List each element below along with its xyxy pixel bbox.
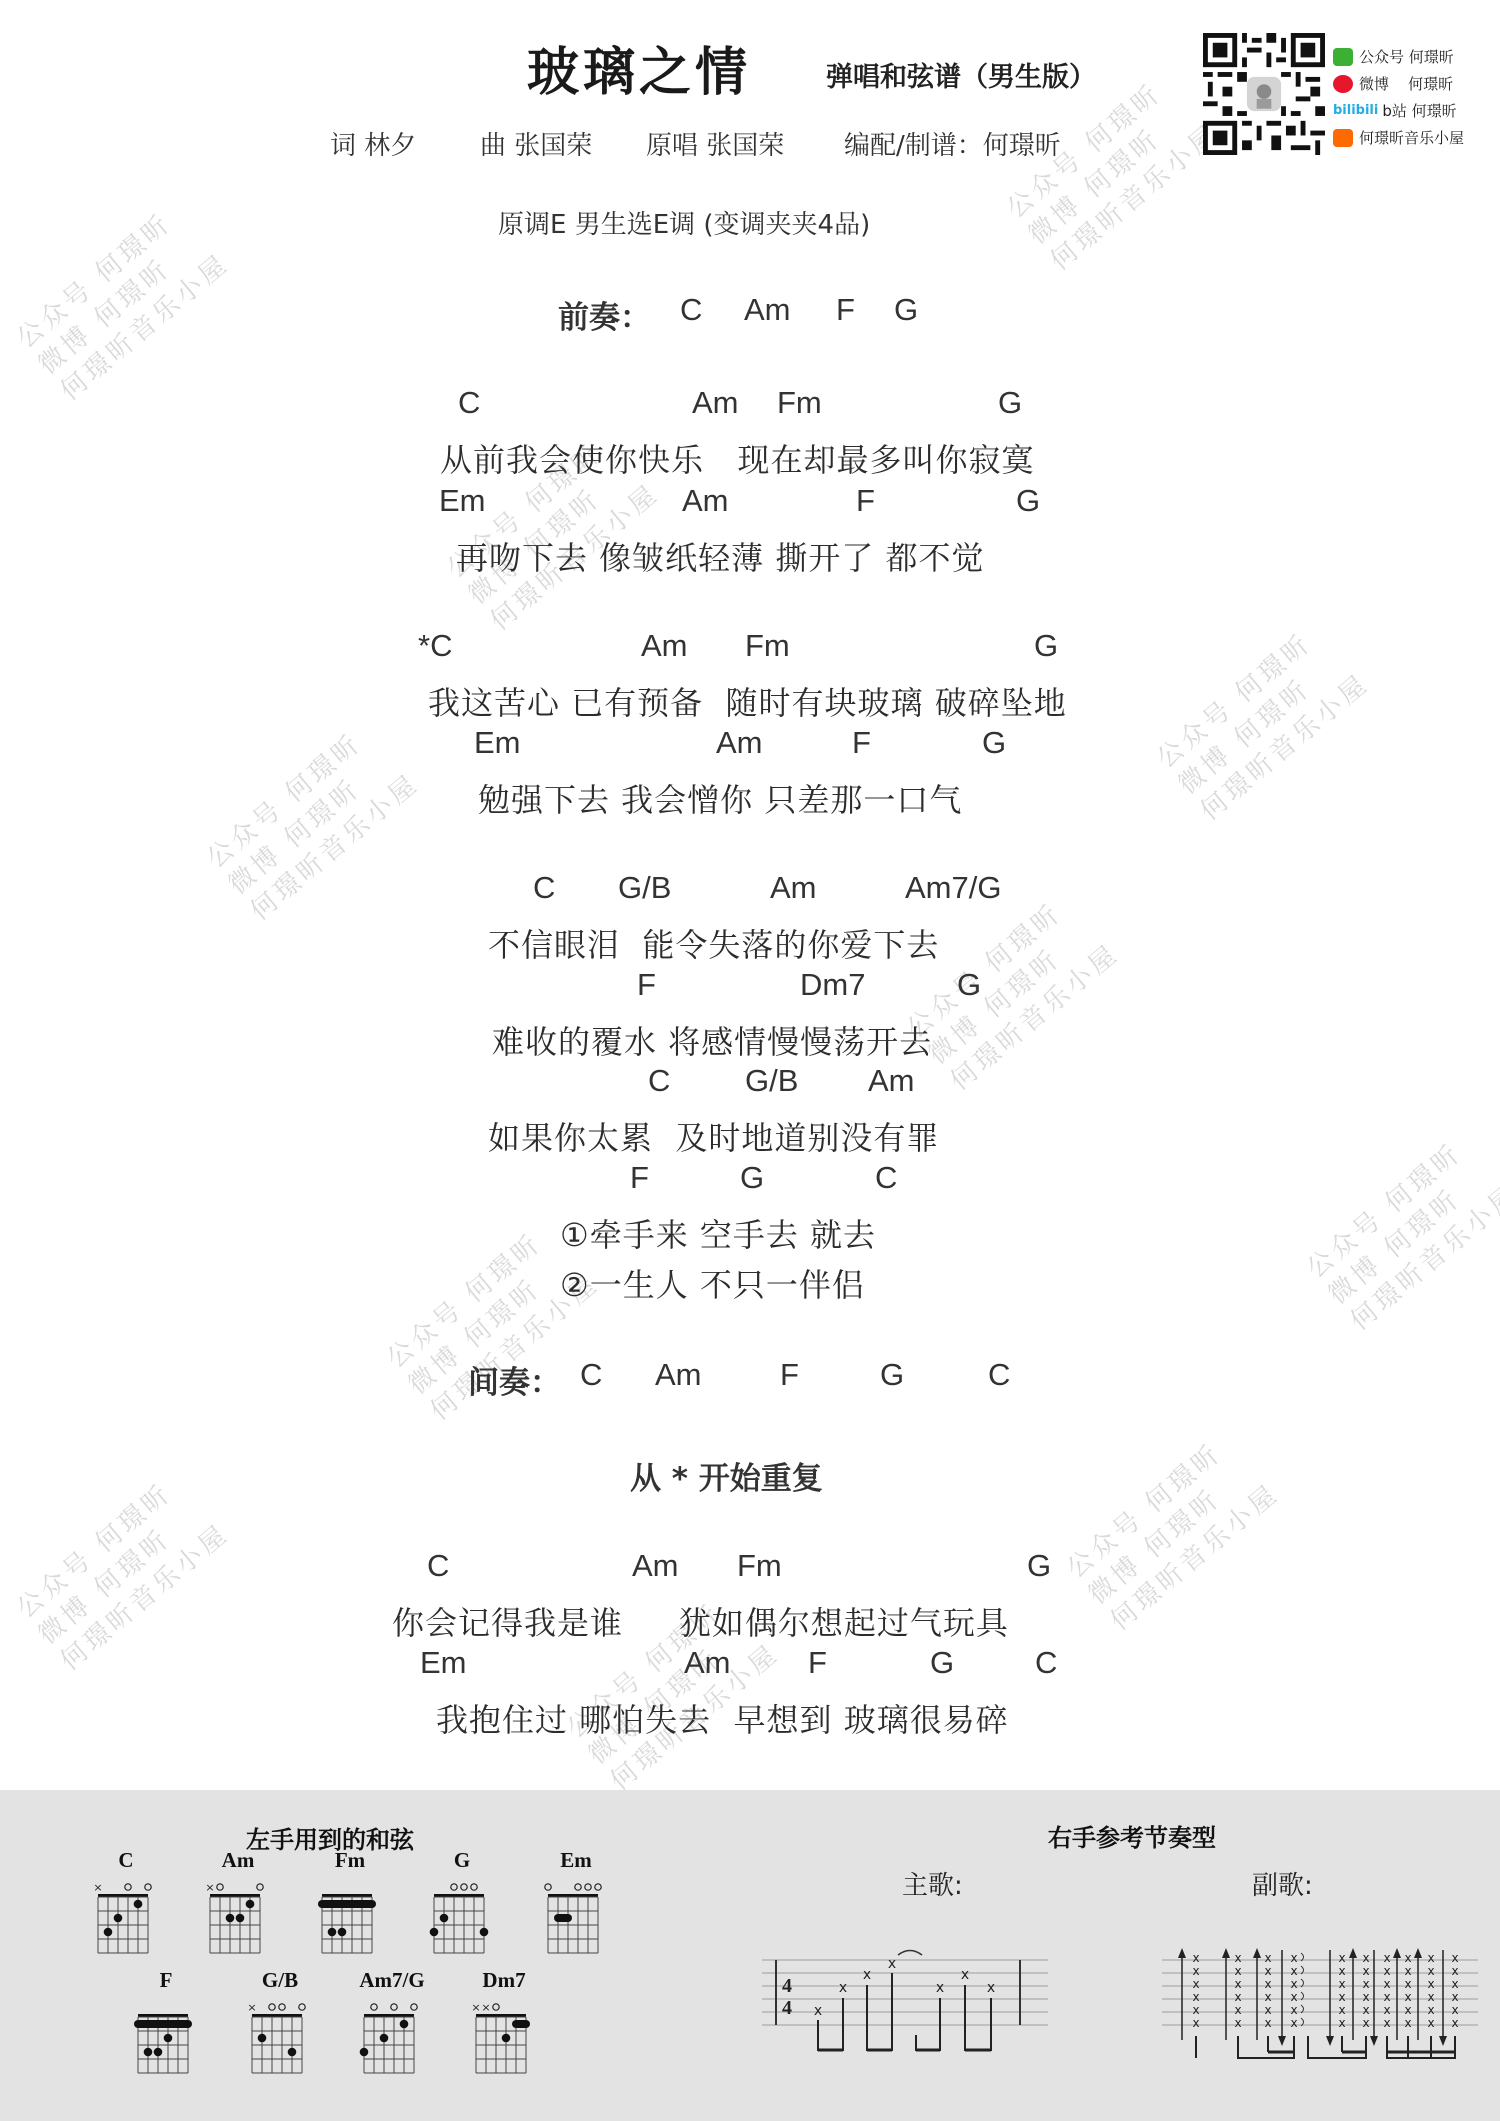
chord-diagram-em: Em bbox=[538, 1848, 614, 1963]
qr-code bbox=[1203, 33, 1325, 155]
credit-original-singer: 原唱 张国荣 bbox=[646, 125, 784, 162]
svg-text:x: x bbox=[1383, 1977, 1390, 1991]
chord-diagram-dm7: Dm7×× bbox=[466, 1968, 542, 2083]
social-platform: 公众号 bbox=[1359, 46, 1404, 67]
svg-text:x: x bbox=[1338, 1964, 1345, 1978]
svg-text:x: x bbox=[1338, 1977, 1345, 1991]
svg-text:x: x bbox=[863, 1967, 871, 1983]
svg-text:x: x bbox=[1362, 1977, 1369, 1991]
watermark-text: 公众号 何璟昕微博 何璟昕何璟昕音乐小屋 bbox=[900, 885, 1126, 1098]
fretboard-grid bbox=[312, 1873, 388, 1959]
chord-diagram-name: F bbox=[128, 1968, 204, 1993]
svg-text:x: x bbox=[1404, 2016, 1411, 2030]
chord-symbol: G bbox=[1034, 628, 1058, 664]
chord-symbol: Fm bbox=[777, 385, 822, 421]
chord-symbol: C bbox=[458, 385, 480, 421]
chord-symbol: Em bbox=[420, 1645, 467, 1681]
chord-diagram-g: G bbox=[424, 1848, 500, 1963]
svg-text:x: x bbox=[1383, 2003, 1390, 2017]
chord-symbol: F bbox=[852, 725, 871, 761]
svg-text:x: x bbox=[1192, 1990, 1199, 2004]
wechat-icon bbox=[1333, 48, 1353, 66]
fretboard-grid: × bbox=[242, 1993, 318, 2079]
credit-arranger: 编配/制谱：何璟昕 bbox=[844, 125, 1061, 162]
chorus-rhythm-label: 副歌: bbox=[1252, 1865, 1313, 1902]
interlude-chord: G bbox=[880, 1357, 904, 1393]
chord-symbol: G/B bbox=[618, 870, 671, 906]
svg-text:x: x bbox=[987, 1980, 995, 1996]
watermark-text: 公众号 何璟昕微博 何璟昕何璟昕音乐小屋 bbox=[1150, 615, 1376, 828]
chord-symbol: Dm7 bbox=[800, 967, 865, 1003]
svg-text:x: x bbox=[1451, 1964, 1458, 1978]
svg-text:x: x bbox=[1383, 1964, 1390, 1978]
chord-symbol: Am bbox=[868, 1063, 915, 1099]
svg-text:x: x bbox=[1290, 2003, 1297, 2017]
chord-symbol: G bbox=[982, 725, 1006, 761]
reference-panel: 左手用到的和弦 C×Am×FmGEmFG/B×Am7/GDm7×× 右手参考节奏… bbox=[0, 1790, 1500, 2121]
social-name: 何璟昕 bbox=[1412, 100, 1457, 121]
chord-symbol: Am bbox=[682, 483, 729, 519]
svg-text:x: x bbox=[1404, 1990, 1411, 2004]
svg-text:x: x bbox=[1234, 2003, 1241, 2017]
watermark-text: 公众号 何璟昕微博 何璟昕何璟昕音乐小屋 bbox=[1000, 65, 1226, 278]
chord-symbol: C bbox=[427, 1548, 449, 1584]
svg-text:x: x bbox=[1427, 2016, 1434, 2030]
social-platform: 微博 bbox=[1359, 73, 1389, 94]
fretboard-grid: ×× bbox=[466, 1993, 542, 2079]
repeat-note: 从 * 开始重复 bbox=[630, 1453, 823, 1498]
watermark-text: 公众号 何璟昕微博 何璟昕何璟昕音乐小屋 bbox=[10, 1465, 236, 1678]
chord-symbol: G bbox=[930, 1645, 954, 1681]
lyric-line: 如果你太累 及时地道别没有罪 bbox=[488, 1113, 939, 1159]
svg-text:x: x bbox=[1427, 1990, 1434, 2004]
chord-symbol: Am bbox=[684, 1645, 731, 1681]
svg-text:x: x bbox=[1192, 2003, 1199, 2017]
lyric-line: ②一生人 不只一伴侣 bbox=[560, 1260, 865, 1306]
svg-text:x: x bbox=[1404, 1951, 1411, 1965]
chord-diagram-name: Dm7 bbox=[466, 1968, 542, 1993]
chord-symbol: Am bbox=[632, 1548, 679, 1584]
interlude-chord: C bbox=[580, 1357, 602, 1393]
svg-text:x: x bbox=[1451, 2016, 1458, 2030]
qr-code-icon bbox=[1203, 33, 1325, 155]
chord-symbol: G bbox=[998, 385, 1022, 421]
svg-text:x: x bbox=[1451, 1977, 1458, 1991]
svg-text:x: x bbox=[1362, 1951, 1369, 1965]
svg-text:x: x bbox=[1234, 1951, 1241, 1965]
chord-symbol: C bbox=[648, 1063, 670, 1099]
chord-symbol: F bbox=[630, 1160, 649, 1196]
svg-text:x: x bbox=[1264, 1977, 1271, 1991]
chord-diagram-am7-g: Am7/G bbox=[354, 1968, 430, 2083]
svg-text:×: × bbox=[93, 1881, 102, 1894]
chord-symbol: Em bbox=[474, 725, 521, 761]
right-hand-title: 右手参考节奏型 bbox=[1048, 1818, 1216, 1853]
credit-lyricist: 词 林夕 bbox=[330, 125, 416, 162]
svg-text:x: x bbox=[1362, 2016, 1369, 2030]
social-item-weibo: 微博 何璟昕 bbox=[1333, 70, 1464, 97]
svg-text:×: × bbox=[205, 1881, 214, 1894]
chord-symbol: Fm bbox=[737, 1548, 782, 1584]
svg-text:x: x bbox=[961, 1967, 969, 1983]
chord-diagram-name: Am7/G bbox=[354, 1968, 430, 1993]
chorus-rhythm-notation: xxxxxxxxxxxxxxxxxxxxxxxxxxxxxxxxxxxxxxxx… bbox=[1160, 1940, 1480, 2060]
chord-symbol: G bbox=[1016, 483, 1040, 519]
chord-symbol: Fm bbox=[745, 628, 790, 664]
social-item-bilibili: bilibili b站 何璟昕 bbox=[1333, 97, 1464, 124]
svg-text:x: x bbox=[1192, 1951, 1199, 1965]
weibo-icon bbox=[1333, 75, 1353, 93]
svg-text:x: x bbox=[1192, 2016, 1199, 2030]
svg-text:x: x bbox=[814, 2003, 822, 2019]
chord-symbol: C bbox=[875, 1160, 897, 1196]
verse-rhythm-notation: 4 4 xxxx xxx bbox=[760, 1940, 1050, 2060]
song-subtitle: 弹唱和弦谱（男生版） bbox=[826, 55, 1096, 94]
fretboard-grid bbox=[354, 1993, 430, 2079]
chord-diagram-name: Em bbox=[538, 1848, 614, 1873]
svg-text:x: x bbox=[839, 1980, 847, 1996]
chord-symbol: Am bbox=[641, 628, 688, 664]
svg-text:×: × bbox=[247, 2001, 256, 2014]
lyric-line: 从前我会使你快乐 现在却最多叫你寂寞 bbox=[440, 435, 1035, 481]
key-info: 原调E 男生选E调 (变调夹夹4品) bbox=[498, 204, 870, 241]
lyric-line: 我抱住过 哪怕失去 早想到 玻璃很易碎 bbox=[436, 1695, 1009, 1741]
bilibili-icon: bilibili bbox=[1333, 103, 1378, 118]
chord-diagram-g-b: G/B× bbox=[242, 1968, 318, 2083]
svg-text:x: x bbox=[1362, 1964, 1369, 1978]
chord-diagram-am: Am× bbox=[200, 1848, 276, 1963]
chord-diagram-c: C× bbox=[88, 1848, 164, 1963]
prelude-label: 前奏： bbox=[558, 292, 651, 337]
svg-text:x: x bbox=[888, 1956, 896, 1972]
svg-text:x: x bbox=[1383, 1951, 1390, 1965]
social-item-taobao: 何璟昕音乐小屋 bbox=[1333, 124, 1464, 151]
time-signature-top: 4 bbox=[782, 1975, 792, 1997]
svg-text:×: × bbox=[471, 2001, 480, 2014]
svg-text:x: x bbox=[1290, 1951, 1297, 1965]
svg-text:x: x bbox=[1264, 1964, 1271, 1978]
svg-text:x: x bbox=[1338, 1951, 1345, 1965]
svg-text:x: x bbox=[1290, 1977, 1297, 1991]
svg-text:x: x bbox=[1404, 2003, 1411, 2017]
chord-symbol: G bbox=[957, 967, 981, 1003]
chord-symbol: G bbox=[740, 1160, 764, 1196]
chord-symbol: G/B bbox=[745, 1063, 798, 1099]
svg-text:x: x bbox=[1234, 1977, 1241, 1991]
lyric-line: 勉强下去 我会憎你 只差那一口气 bbox=[478, 775, 962, 821]
social-name: 何璟昕 bbox=[1408, 73, 1453, 94]
credit-composer: 曲 张国荣 bbox=[480, 125, 592, 162]
svg-text:x: x bbox=[1427, 1951, 1434, 1965]
song-title: 玻璃之情 bbox=[527, 30, 751, 105]
interlude-chord: C bbox=[988, 1357, 1010, 1393]
chord-diagram-name: Fm bbox=[312, 1848, 388, 1873]
lyric-line: ①牵手来 空手去 就去 bbox=[560, 1210, 876, 1256]
chord-symbol: *C bbox=[418, 628, 452, 664]
svg-text:x: x bbox=[1290, 1964, 1297, 1978]
svg-text:x: x bbox=[1338, 1990, 1345, 2004]
watermark-text: 公众号 何璟昕微博 何璟昕何璟昕音乐小屋 bbox=[1300, 1125, 1500, 1338]
svg-text:x: x bbox=[1451, 1951, 1458, 1965]
social-links: 公众号 何璟昕 微博 何璟昕 bilibili b站 何璟昕 何璟昕音乐小屋 bbox=[1333, 43, 1464, 151]
fretboard-grid: × bbox=[88, 1873, 164, 1959]
chord-diagram-name: G/B bbox=[242, 1968, 318, 1993]
chord-diagram-name: C bbox=[88, 1848, 164, 1873]
chord-symbol: Am bbox=[716, 725, 763, 761]
watermark-text: 公众号 何璟昕微博 何璟昕何璟昕音乐小屋 bbox=[200, 715, 426, 928]
prelude-chord: Am bbox=[744, 292, 791, 328]
svg-text:x: x bbox=[936, 1980, 944, 1996]
svg-text:x: x bbox=[1451, 1990, 1458, 2004]
lyric-line: 你会记得我是谁 犹如偶尔想起过气玩具 bbox=[392, 1598, 1009, 1644]
chord-symbol: C bbox=[1035, 1645, 1057, 1681]
svg-text:x: x bbox=[1383, 2016, 1390, 2030]
lyric-line: 难收的覆水 将感情慢慢荡开去 bbox=[492, 1017, 932, 1063]
chord-diagram-name: G bbox=[424, 1848, 500, 1873]
interlude-chord: Am bbox=[655, 1357, 702, 1393]
prelude-chord: G bbox=[894, 292, 918, 328]
social-name: 何璟昕 bbox=[1409, 46, 1454, 67]
svg-text:×: × bbox=[481, 2001, 490, 2014]
svg-text:x: x bbox=[1362, 2003, 1369, 2017]
svg-text:x: x bbox=[1264, 1990, 1271, 2004]
chord-symbol: Am7/G bbox=[905, 870, 1001, 906]
chord-diagram-fm: Fm bbox=[312, 1848, 388, 1963]
svg-text:x: x bbox=[1192, 1964, 1199, 1978]
fretboard-grid bbox=[538, 1873, 614, 1959]
svg-text:x: x bbox=[1404, 1977, 1411, 1991]
svg-text:x: x bbox=[1192, 1977, 1199, 1991]
svg-text:x: x bbox=[1404, 1964, 1411, 1978]
fretboard-grid: × bbox=[200, 1873, 276, 1959]
watermark-text: 公众号 何璟昕微博 何璟昕何璟昕音乐小屋 bbox=[10, 195, 236, 408]
social-platform: b站 bbox=[1382, 100, 1407, 121]
svg-text:x: x bbox=[1427, 2003, 1434, 2017]
svg-text:x: x bbox=[1234, 1990, 1241, 2004]
chord-symbol: Em bbox=[439, 483, 486, 519]
interlude-label: 间奏： bbox=[468, 1357, 561, 1402]
svg-text:x: x bbox=[1234, 1964, 1241, 1978]
svg-text:x: x bbox=[1264, 1951, 1271, 1965]
chord-symbol: Am bbox=[692, 385, 739, 421]
svg-text:x: x bbox=[1451, 2003, 1458, 2017]
lyric-line: 我这苦心 已有预备 随时有块玻璃 破碎坠地 bbox=[428, 678, 1067, 724]
interlude-chord: F bbox=[780, 1357, 799, 1393]
svg-text:x: x bbox=[1264, 2003, 1271, 2017]
watermark-text: 公众号 何璟昕微博 何璟昕何璟昕音乐小屋 bbox=[1060, 1425, 1286, 1638]
chord-symbol: F bbox=[808, 1645, 827, 1681]
svg-text:x: x bbox=[1427, 1977, 1434, 1991]
chord-diagram-name: Am bbox=[200, 1848, 276, 1873]
prelude-chord: F bbox=[836, 292, 855, 328]
chord-diagram-f: F bbox=[128, 1968, 204, 2083]
time-signature-bottom: 4 bbox=[782, 1997, 792, 2019]
svg-text:x: x bbox=[1234, 2016, 1241, 2030]
taobao-icon bbox=[1333, 129, 1353, 147]
svg-text:x: x bbox=[1362, 1990, 1369, 2004]
chord-symbol: G bbox=[1027, 1548, 1051, 1584]
prelude-chord: C bbox=[680, 292, 702, 328]
chord-symbol: F bbox=[637, 967, 656, 1003]
svg-text:x: x bbox=[1290, 2016, 1297, 2030]
chord-symbol: C bbox=[533, 870, 555, 906]
lyric-line: 再吻下去 像皱纸轻薄 撕开了 都不觉 bbox=[456, 533, 985, 579]
svg-text:x: x bbox=[1338, 2003, 1345, 2017]
svg-text:x: x bbox=[1338, 2016, 1345, 2030]
social-item-wechat: 公众号 何璟昕 bbox=[1333, 43, 1464, 70]
svg-text:x: x bbox=[1383, 1990, 1390, 2004]
chord-symbol: Am bbox=[770, 870, 817, 906]
chord-symbol: F bbox=[856, 483, 875, 519]
fretboard-grid bbox=[424, 1873, 500, 1959]
social-name: 何璟昕音乐小屋 bbox=[1359, 127, 1464, 148]
verse-rhythm-label: 主歌: bbox=[902, 1865, 963, 1902]
lyric-line: 不信眼泪 能令失落的你爱下去 bbox=[488, 920, 939, 966]
svg-text:x: x bbox=[1427, 1964, 1434, 1978]
svg-text:x: x bbox=[1290, 1990, 1297, 2004]
fretboard-grid bbox=[128, 1993, 204, 2079]
svg-text:x: x bbox=[1264, 2016, 1271, 2030]
